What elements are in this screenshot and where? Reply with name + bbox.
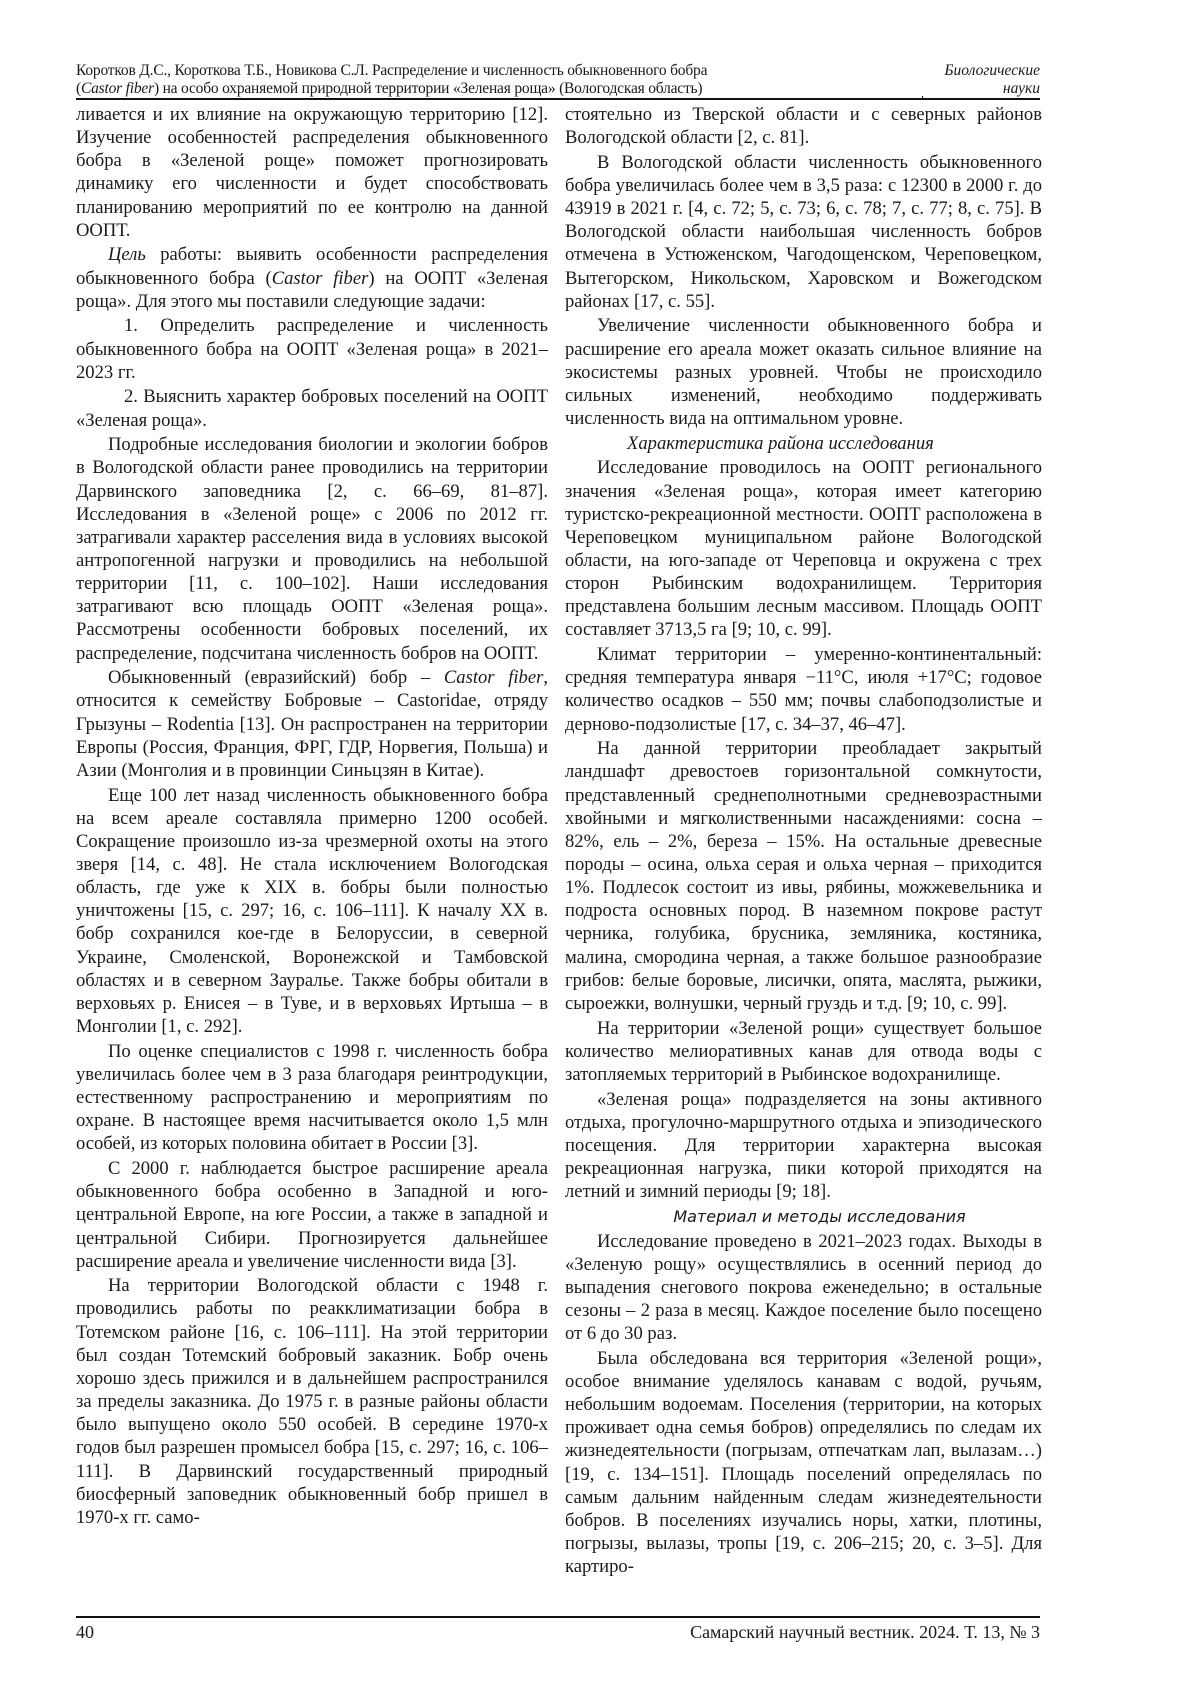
task-item-2: 2. Выяснить характер бобровых поселений … bbox=[76, 385, 548, 431]
journal-citation: Самарский научный вестник. 2024. Т. 13, … bbox=[690, 1620, 1040, 1644]
paragraph: Подробные исследования биологии и эколог… bbox=[76, 433, 548, 665]
paragraph-goal: Цель работы: выявить особенности распред… bbox=[76, 243, 548, 312]
left-column: ливается и их влияние на окружающую терр… bbox=[76, 103, 548, 1531]
paragraph: Обыкновенный (евразийский) бобр – Castor… bbox=[76, 666, 548, 782]
paragraph: На территории «Зеленой рощи» существует … bbox=[565, 1017, 1042, 1086]
goal-label: Цель bbox=[108, 244, 146, 265]
paragraph: Была обследована вся территория «Зеленой… bbox=[565, 1347, 1042, 1579]
header-section-label: Биологические науки bbox=[890, 62, 1040, 98]
paragraph: На данной территории преобладает закрыты… bbox=[565, 737, 1042, 1015]
section-heading-methods: Материал и методы исследования bbox=[565, 1205, 1042, 1228]
running-footer: 40 Самарский научный вестник. 2024. Т. 1… bbox=[76, 1616, 1040, 1648]
right-column: стоятельно из Тверской области и с север… bbox=[565, 103, 1042, 1580]
paragraph: В Вологодской области численность обыкно… bbox=[565, 151, 1042, 313]
paragraph: На территории Вологодской области с 1948… bbox=[76, 1274, 548, 1529]
page-number: 40 bbox=[76, 1620, 94, 1644]
paragraph: Еще 100 лет назад численность обыкновенн… bbox=[76, 784, 548, 1039]
species-name: Castor fiber bbox=[444, 667, 543, 688]
header-divider-tick bbox=[922, 96, 923, 100]
header-authors-title: Коротков Д.С., Короткова Т.Б., Новикова … bbox=[76, 62, 707, 79]
paragraph: Увеличение численности обыкновенного боб… bbox=[565, 314, 1042, 430]
paragraph: Исследование проведено в 2021–2023 годах… bbox=[565, 1230, 1042, 1346]
section-heading-study-area: Характеристика района исследования bbox=[565, 432, 1042, 455]
species-name: Castor fiber bbox=[272, 268, 369, 289]
paragraph: ливается и их влияние на окружающую терр… bbox=[76, 103, 548, 242]
task-item-1: 1. Определить распределение и численност… bbox=[76, 314, 548, 383]
paragraph: С 2000 г. наблюдается быстрое расширение… bbox=[76, 1157, 548, 1273]
paragraph: стоятельно из Тверской области и с север… bbox=[565, 103, 1042, 149]
header-species-name: Castor fiber bbox=[81, 80, 154, 97]
header-article-citation: Коротков Д.С., Короткова Т.Б., Новикова … bbox=[76, 62, 876, 98]
paragraph: «Зеленая роща» подразделяется на зоны ак… bbox=[565, 1088, 1042, 1204]
paragraph: Климат территории – умеренно-континентал… bbox=[565, 643, 1042, 736]
running-header: Коротков Д.С., Короткова Т.Б., Новикова … bbox=[76, 62, 1040, 100]
paragraph: Исследование проводилось на ООПТ региона… bbox=[565, 456, 1042, 641]
paragraph: По оценке специалистов с 1998 г. численн… bbox=[76, 1040, 548, 1156]
